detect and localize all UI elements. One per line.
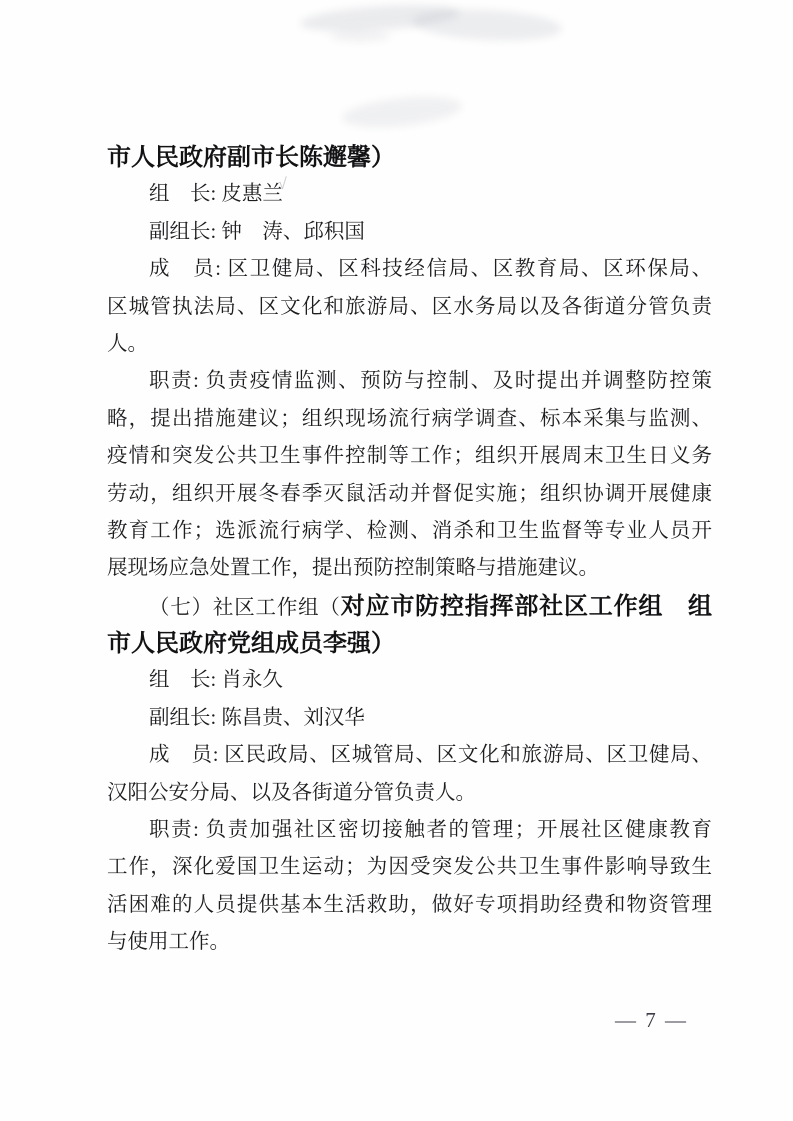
members-community-group-line-1: 成 员: 区民政局、区城管局、区文化和旅游局、区卫健局、 [107, 737, 712, 774]
body-text: （七）社区工作组（ [149, 597, 341, 619]
body-text: 成 员: 区民政局、区城管局、区文化和旅游局、区卫健局、 [149, 744, 712, 766]
roster-community-group-line-2: 副组长: 陈昌贵、刘汉华 [107, 700, 712, 737]
duties-epidemic-group-line-1: 职责: 负责疫情监测、预防与控制、及时提出并调整防控策 [107, 363, 712, 400]
roster-epidemic-group-line-2: 副组长: 钟 涛、邱积国 [107, 214, 712, 251]
body-text: 组 长: 肖永久 [149, 669, 283, 691]
body-text: 疫情和突发公共卫生事件控制等工作；组织开展周末卫生日义务 [107, 445, 712, 467]
duties-community-group-line-3: 活困难的人员提供基本生活救助，做好专项捐助经费和物资管理 [107, 887, 712, 924]
body-text: 成 员: 区卫健局、区科技经信局、区教育局、区环保局、 [149, 258, 712, 280]
bold-text: 市人民政府副市长陈邂馨） [107, 144, 395, 171]
roster-epidemic-group-line-1: 组 长: 皮惠兰 [107, 176, 712, 213]
body-text: 人。 [107, 333, 148, 355]
scan-smudge [341, 92, 463, 132]
body-text: 与使用工作。 [107, 931, 230, 953]
members-community-group-line-2: 汉阳公安分局、以及各街道分管负责人。 [107, 775, 712, 812]
members-epidemic-group-line-1: 成 员: 区卫健局、区科技经信局、区教育局、区环保局、 [107, 251, 712, 288]
body-text: 职责: 负责疫情监测、预防与控制、及时提出并调整防控策 [149, 370, 712, 392]
duties-community-group-line-2: 工作，深化爱国卫生运动；为因受突发公共卫生事件影响导致生 [107, 849, 712, 886]
leader-annotation-continuation-line-1: 市人民政府副市长陈邂馨） [107, 139, 712, 176]
members-epidemic-group-line-3: 人。 [107, 326, 712, 363]
body-text: 劳动，组织开展冬春季灭鼠活动并督促实施；组织协调开展健康 [107, 483, 712, 505]
section-seven-heading-line-2: 市人民政府党组成员李强） [107, 625, 712, 662]
body-text: 展现场应急处置工作，提出预防控制策略与措施建议。 [107, 557, 599, 579]
roster-community-group-line-1: 组 长: 肖永久 [107, 662, 712, 699]
body-text: 副组长: 陈昌贵、刘汉华 [149, 707, 365, 729]
members-epidemic-group-line-2: 区城管执法局、区文化和旅游局、区水务局以及各街道分管负责 [107, 289, 712, 326]
duties-epidemic-group-line-2: 略，提出措施建议；组织现场流行病学调查、标本采集与监测、 [107, 401, 712, 438]
document-body: 市人民政府副市长陈邂馨）组 长: 皮惠兰副组长: 钟 涛、邱积国成 员: 区卫健… [107, 139, 712, 962]
scanned-document-page: √ 市人民政府副市长陈邂馨）组 长: 皮惠兰副组长: 钟 涛、邱积国成 员: 区… [0, 0, 793, 1121]
bold-text: 市人民政府党组成员李强） [107, 630, 395, 657]
scan-smudge [411, 6, 562, 44]
body-text: 汉阳公安分局、以及各街道分管负责人。 [107, 782, 476, 804]
body-text: 职责: 负责加强社区密切接触者的管理；开展社区健康教育 [149, 819, 712, 841]
body-text: 组 长: 皮惠兰 [149, 183, 283, 205]
page-number: — 7 — [615, 1008, 688, 1033]
body-text: 区城管执法局、区文化和旅游局、区水务局以及各街道分管负责 [107, 296, 712, 318]
duties-epidemic-group-line-6: 展现场应急处置工作，提出预防控制策略与措施建议。 [107, 550, 712, 587]
duties-community-group-line-4: 与使用工作。 [107, 924, 712, 961]
body-text: 教育工作；选派流行病学、检测、消杀和卫生监督等专业人员开 [107, 520, 712, 542]
duties-community-group-line-1: 职责: 负责加强社区密切接触者的管理；开展社区健康教育 [107, 812, 712, 849]
duties-epidemic-group-line-5: 教育工作；选派流行病学、检测、消杀和卫生监督等专业人员开 [107, 513, 712, 550]
section-seven-heading-line-1: （七）社区工作组（对应市防控指挥部社区工作组 组长: [107, 588, 712, 625]
scan-smudge [330, 30, 390, 42]
body-text: 活困难的人员提供基本生活救助，做好专项捐助经费和物资管理 [107, 894, 712, 916]
body-text: 副组长: 钟 涛、邱积国 [149, 221, 365, 243]
body-text: 工作，深化爱国卫生运动；为因受突发公共卫生事件影响导致生 [107, 856, 712, 878]
duties-epidemic-group-line-3: 疫情和突发公共卫生事件控制等工作；组织开展周末卫生日义务 [107, 438, 712, 475]
body-text: 略，提出措施建议；组织现场流行病学调查、标本采集与监测、 [107, 408, 712, 430]
duties-epidemic-group-line-4: 劳动，组织开展冬春季灭鼠活动并督促实施；组织协调开展健康 [107, 476, 712, 513]
